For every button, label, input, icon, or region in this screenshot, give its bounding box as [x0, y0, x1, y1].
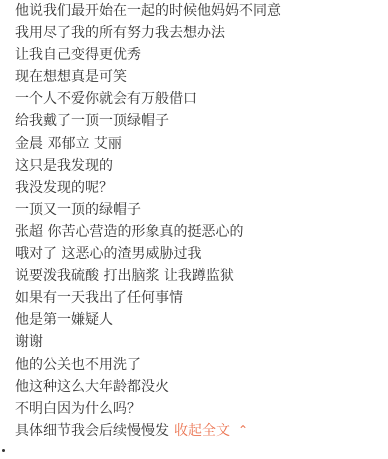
- post-line: 说要泼我硫酸 打出脑浆 让我蹲监狱: [15, 265, 385, 287]
- post-line: 这只是我发现的: [15, 155, 385, 177]
- post-line: 我用尽了我的所有努力我去想办法: [15, 22, 385, 44]
- post-line: 一个人不爱你就会有万般借口: [15, 88, 385, 110]
- post-line: 让我自己变得更优秀: [15, 44, 385, 66]
- post-line: 他的公关也不用洗了: [15, 354, 385, 376]
- chevron-up-icon[interactable]: ⌃: [238, 419, 248, 441]
- post-line: 给我戴了一顶一顶绿帽子: [15, 110, 385, 132]
- post-line: 张超 你苦心营造的形象真的挺恶心的: [15, 221, 385, 243]
- post-last-line: 具体细节我会后续慢慢发收起全文⌃: [15, 420, 385, 442]
- post-line: 他说我们最开始在一起的时候他妈妈不同意: [15, 0, 385, 22]
- post-body: 他说我们最开始在一起的时候他妈妈不同意 我用尽了我的所有努力我去想办法 让我自己…: [15, 0, 385, 442]
- post-line: 他这种这么大年龄都没火: [15, 376, 385, 398]
- post-line: 现在想想真是可笑: [15, 66, 385, 88]
- post-line-text: 具体细节我会后续慢慢发: [15, 423, 169, 439]
- post-line: 金晨 邓郁立 艾丽: [15, 133, 385, 155]
- collapse-full-text-link[interactable]: 收起全文: [174, 423, 230, 439]
- post-line: 如果有一天我出了任何事情: [15, 287, 385, 309]
- post-line: 我没发现的呢？: [15, 177, 385, 199]
- post-line: 哦对了 这恶心的渣男威胁过我: [15, 243, 385, 265]
- post-line: 不明白因为什么吗？: [15, 398, 385, 420]
- post-line: 他是第一嫌疑人: [15, 309, 385, 331]
- post-line: 谢谢: [15, 331, 385, 353]
- post-line: 一顶又一顶的绿帽子: [15, 199, 385, 221]
- bullet-dot: [2, 449, 5, 452]
